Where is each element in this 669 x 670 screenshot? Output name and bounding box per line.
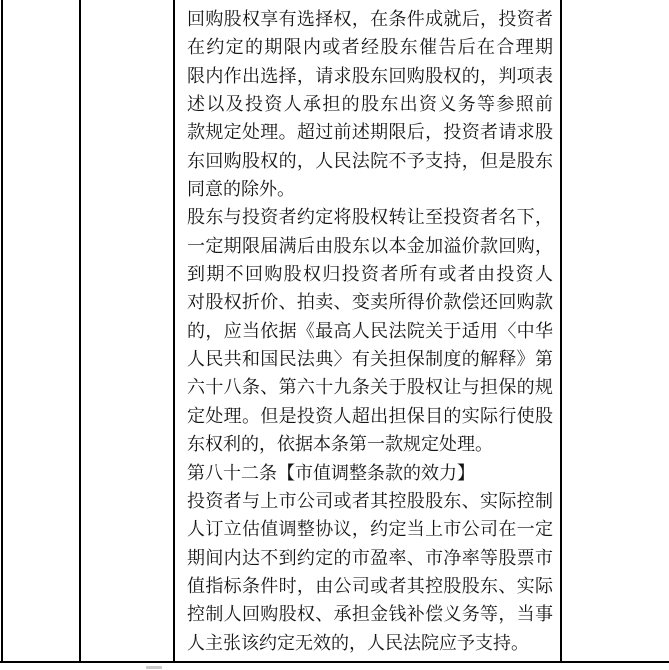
text-line: 同意的除外。 xyxy=(187,175,553,203)
scan-artifact xyxy=(146,666,162,669)
table-row-bottom-border xyxy=(0,661,669,663)
text-line: 值指标条件时，由公司或者其控股股东、实际 xyxy=(187,572,553,600)
text-line: 控制人回购股权、承担金钱补偿义务等，当事 xyxy=(187,600,553,628)
text-line: 回购股权享有选择权，在条件成就后，投资者 xyxy=(187,5,553,33)
text-line: 到期不回购股权归投资者所有或者由投资人 xyxy=(187,260,553,288)
document-page: 回购股权享有选择权，在条件成就后，投资者在约定的期限内或者经股东催告后在合理期限… xyxy=(0,0,669,670)
text-line: 期间内达不到约定的市盈率、市净率等股票市 xyxy=(187,544,553,572)
table-cell-text: 回购股权享有选择权，在条件成就后，投资者在约定的期限内或者经股东催告后在合理期限… xyxy=(175,0,560,661)
text-line: 东回购股权的，人民法院不予支持，但是股东 xyxy=(187,147,553,175)
text-line: 人民共和国民法典〉有关担保制度的解释》第 xyxy=(187,345,553,373)
text-line: 对股权折价、拍卖、变卖所得价款偿还回购款 xyxy=(187,288,553,316)
text-line: 第八十二条【市值调整条款的效力】 xyxy=(187,459,553,487)
text-line: 东权利的，依据本条第一款规定处理。 xyxy=(187,430,553,458)
text-line: 款规定处理。超过前述期限后，投资者请求股 xyxy=(187,118,553,146)
table-column-divider-1 xyxy=(79,0,81,663)
table-border-left xyxy=(1,0,3,663)
text-line: 限内作出选择，请求股东回购股权的，判项表 xyxy=(187,62,553,90)
text-line: 人主张该约定无效的，人民法院应予支持。 xyxy=(187,629,553,657)
table-cell-empty-1 xyxy=(3,0,79,661)
table-cell-empty-right xyxy=(562,0,669,661)
text-block: 回购股权享有选择权，在条件成就后，投资者在约定的期限内或者经股东催告后在合理期限… xyxy=(187,5,553,657)
text-line: 一定期限届满后由股东以本金加溢价款回购， xyxy=(187,232,553,260)
text-line: 人订立估值调整协议，约定当上市公司在一定 xyxy=(187,515,553,543)
text-line: 股东与投资者约定将股权转让至投资者名下， xyxy=(187,203,553,231)
text-line: 六十八条、第六十九条关于股权让与担保的规 xyxy=(187,373,553,401)
text-line: 述以及投资人承担的股东出资义务等参照前 xyxy=(187,90,553,118)
text-line: 的，应当依据《最高人民法院关于适用〈中华 xyxy=(187,317,553,345)
text-line: 投资者与上市公司或者其控股股东、实际控制 xyxy=(187,487,553,515)
text-line: 在约定的期限内或者经股东催告后在合理期 xyxy=(187,33,553,61)
table-cell-empty-2 xyxy=(81,0,173,661)
table-column-divider-2 xyxy=(173,0,175,663)
table-column-divider-3 xyxy=(560,0,562,663)
text-line: 定处理。但是投资人超出担保目的实际行使股 xyxy=(187,402,553,430)
